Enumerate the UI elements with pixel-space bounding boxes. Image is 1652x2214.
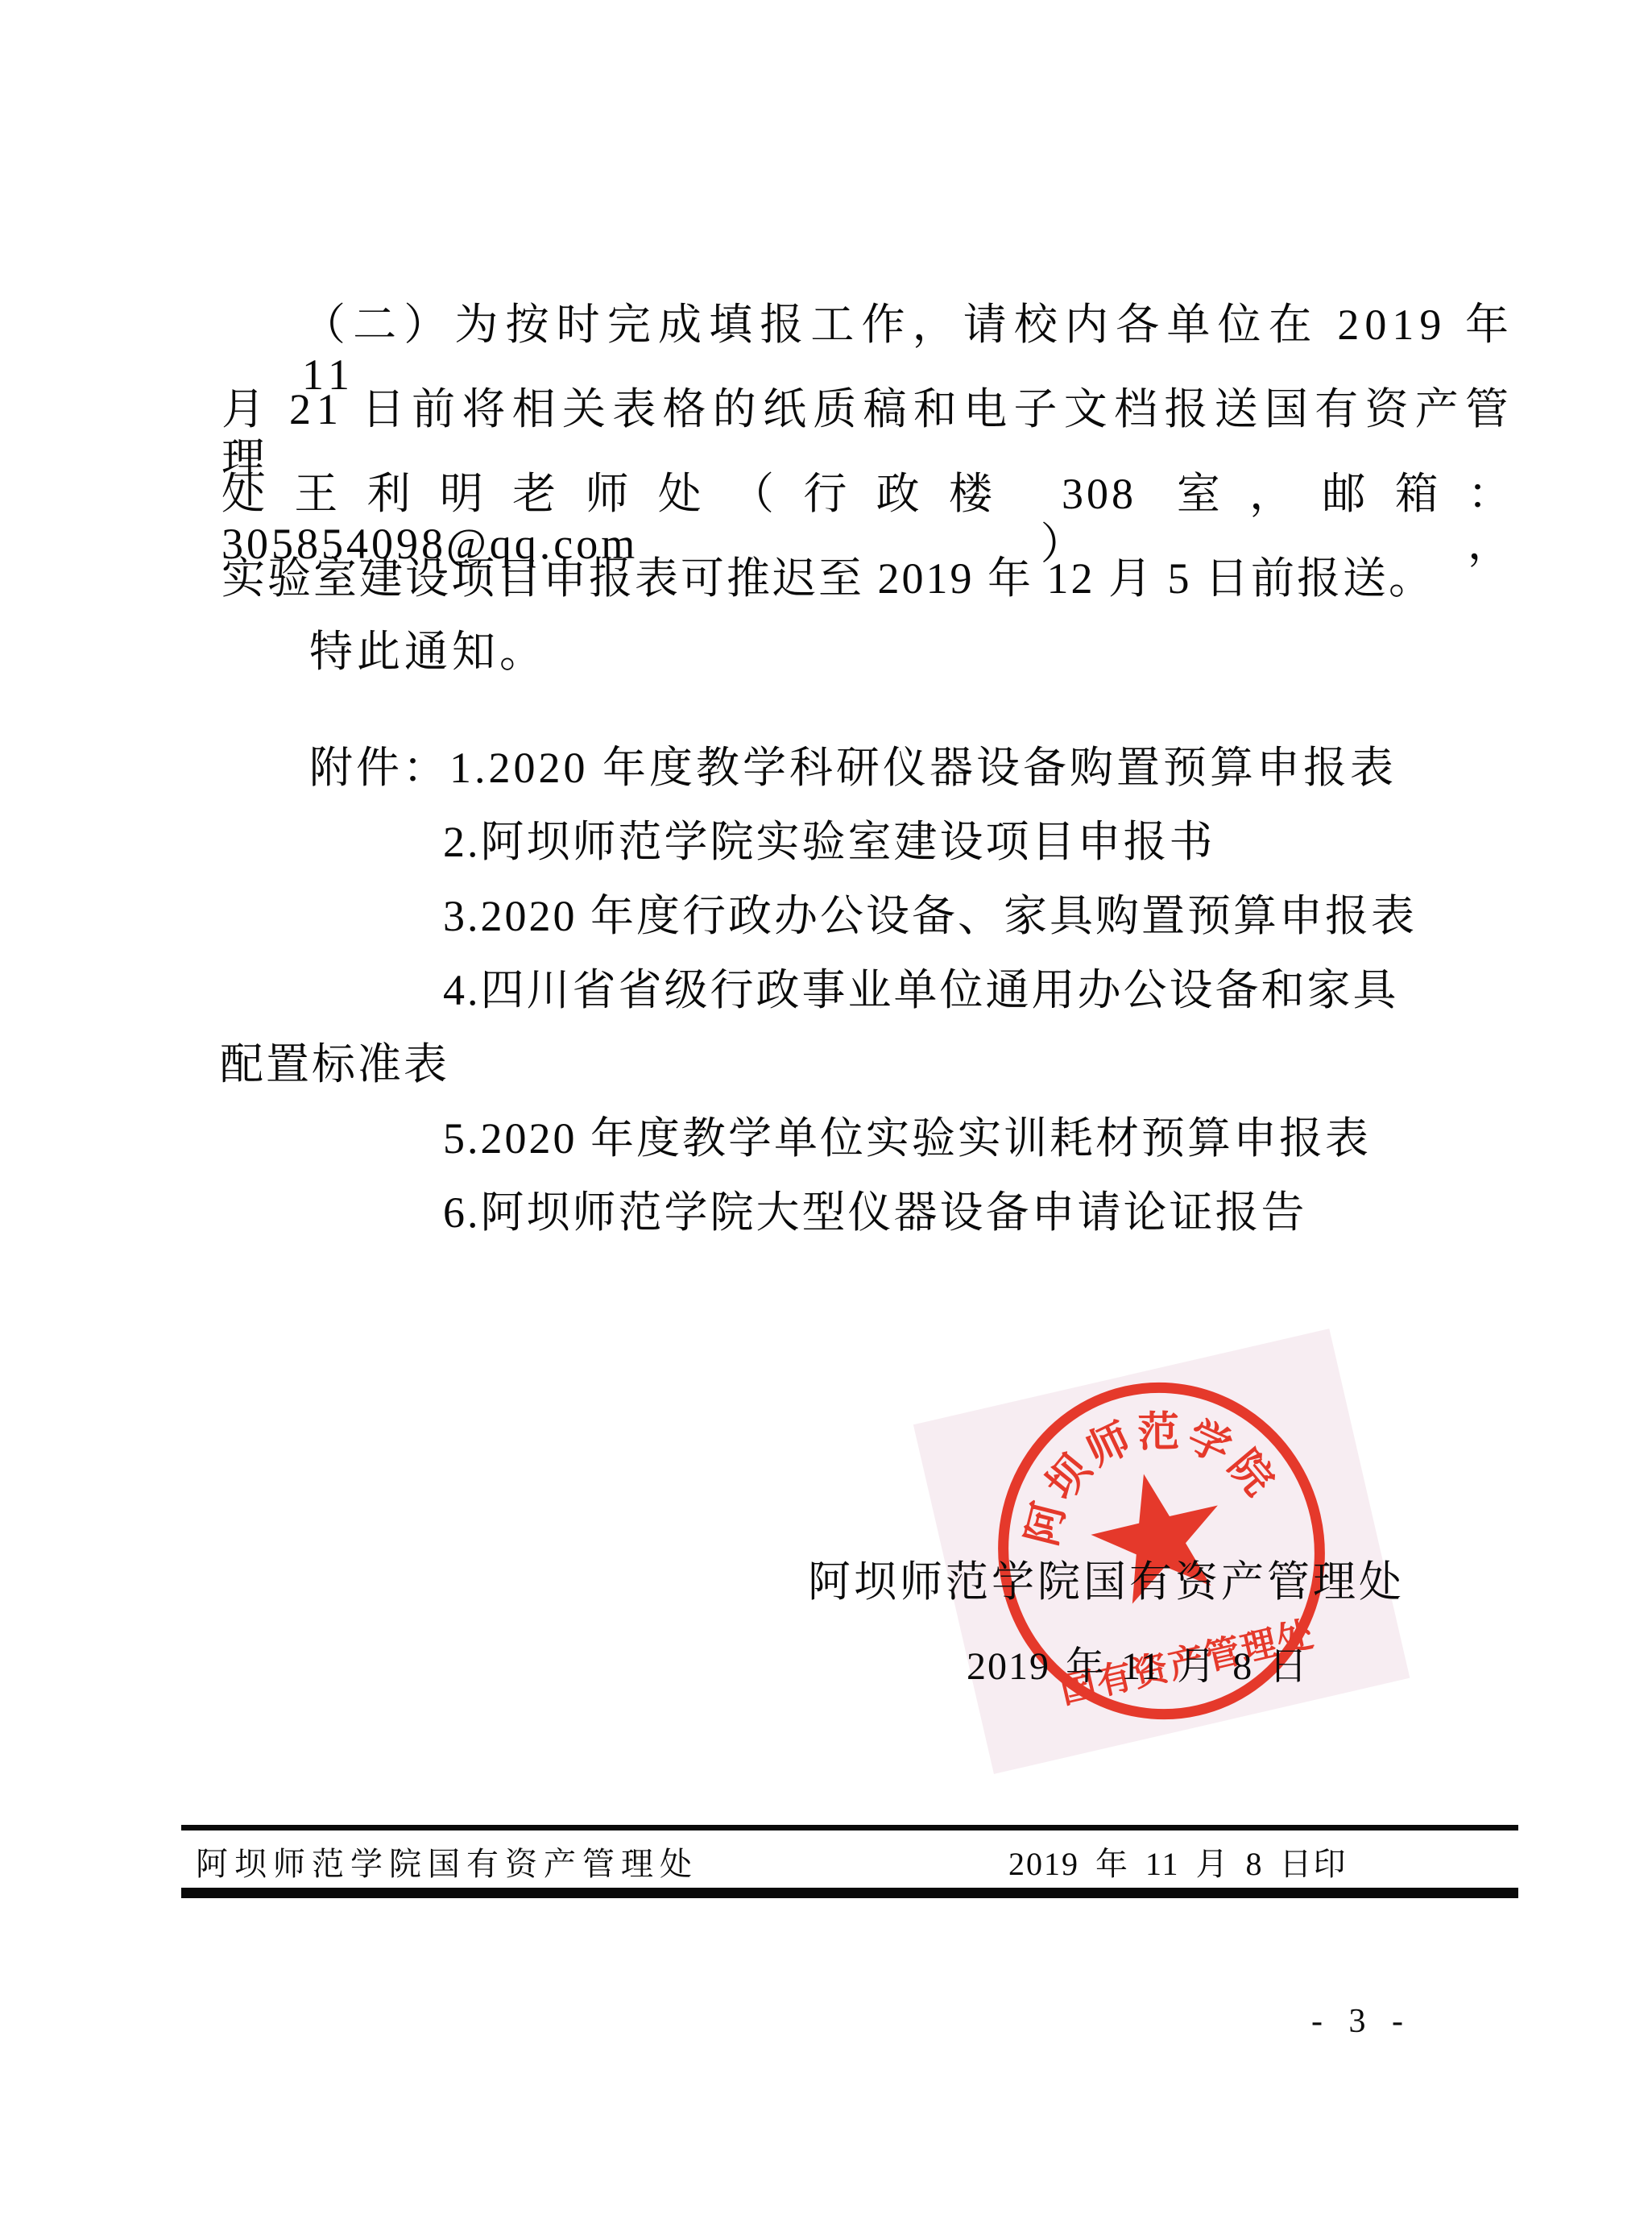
footer-print-date: 2019 年 11 月 8 日印: [1008, 1839, 1348, 1889]
page-number: - 3 -: [1311, 1996, 1408, 2046]
attachment-item-4-wrap: 配置标准表: [220, 1039, 449, 1089]
paragraph-line-4: 实验室建设项目申报表可推迟至 2019 年 12 月 5 日前报送。: [222, 553, 1435, 603]
footer-top-rule: [181, 1825, 1518, 1830]
attachment-item-4: 4.四川省省级行政事业单位通用办公设备和家具: [443, 965, 1399, 1015]
signature-organization: 阿坝师范学院国有资产管理处: [808, 1557, 1405, 1607]
attachment-item-3: 3.2020 年度行政办公设备、家具购置预算申报表: [443, 891, 1417, 941]
official-seal-stamp: 阿坝师范学院 国有资产管理处: [882, 1305, 1446, 1805]
attachment-item-6: 6.阿坝师范学院大型仪器设备申请论证报告: [443, 1188, 1307, 1238]
signature-date: 2019 年 11 月 8 日: [967, 1642, 1309, 1692]
document-page: （二）为按时完成填报工作，请校内各单位在 2019 年 11 月 21 日前将相…: [0, 0, 1652, 2214]
attachments-label-and-item-1: 附件：1.2020 年度教学科研仪器设备购置预算申报表: [309, 743, 1397, 793]
attachment-item-2: 2.阿坝师范学院实验室建设项目申报书: [443, 817, 1215, 867]
attachment-item-5: 5.2020 年度教学单位实验实训耗材预算申报表: [443, 1113, 1371, 1163]
attachment-item-1: 1.2020 年度教学科研仪器设备购置预算申报表: [449, 744, 1397, 792]
attachments-label: 附件：: [309, 744, 449, 792]
notice-closing-line: 特此通知。: [309, 627, 547, 677]
footer-bottom-rule: [181, 1888, 1518, 1898]
footer-issuing-office: 阿坝师范学院国有资产管理处: [196, 1839, 698, 1889]
